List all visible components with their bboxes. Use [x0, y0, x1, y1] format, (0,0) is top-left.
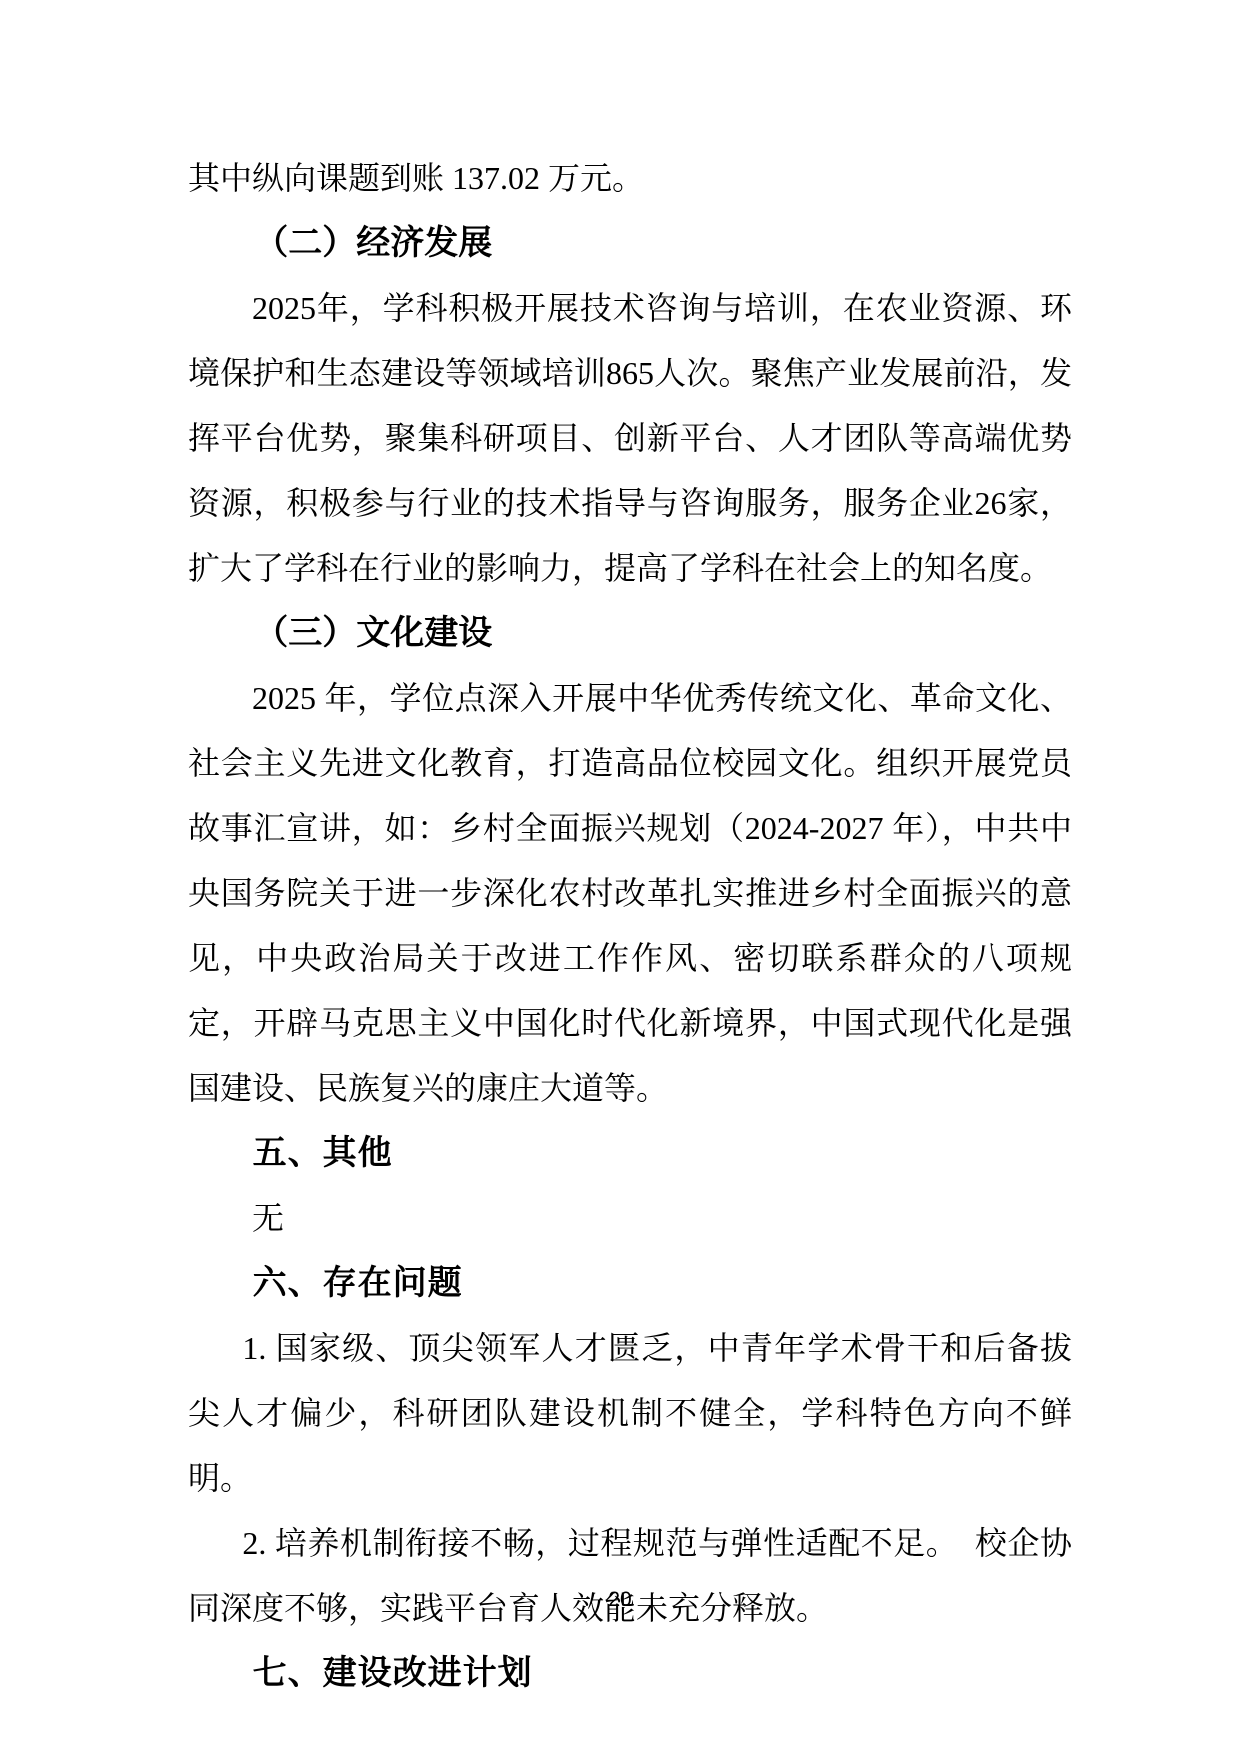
list-item-problem-2: 2. 培养机制衔接不畅，过程规范与弹性适配不足。 校企协同深度不够，实践平台育人… — [188, 1511, 1072, 1641]
paragraph-economic-development: 2025年，学科积极开展技术咨询与培训，在农业资源、环境保护和生态建设等领域培训… — [188, 276, 1072, 601]
document-page: 其中纵向课题到账 137.02 万元。 （二）经济发展 2025年，学科积极开展… — [0, 0, 1240, 1753]
chapter-heading-improvement-plan: 七、建设改进计划 — [188, 1641, 1072, 1706]
paragraph-none: 无 — [188, 1186, 1072, 1251]
section-heading-cultural-construction: （三）文化建设 — [188, 601, 1072, 666]
paragraph-cultural-construction: 2025 年，学位点深入开展中华优秀传统文化、革命文化、社会主义先进文化教育，打… — [188, 666, 1072, 1121]
page-number: 20 — [0, 1588, 1240, 1612]
chapter-heading-others: 五、其他 — [188, 1121, 1072, 1186]
list-item-problem-1: 1. 国家级、顶尖领军人才匮乏，中青年学术骨干和后备拔尖人才偏少，科研团队建设机… — [188, 1316, 1072, 1511]
paragraph-continuation-funding: 其中纵向课题到账 137.02 万元。 — [188, 146, 1072, 211]
section-heading-economic-development: （二）经济发展 — [188, 211, 1072, 276]
chapter-heading-existing-problems: 六、存在问题 — [188, 1251, 1072, 1316]
document-body: 其中纵向课题到账 137.02 万元。 （二）经济发展 2025年，学科积极开展… — [188, 146, 1072, 1706]
